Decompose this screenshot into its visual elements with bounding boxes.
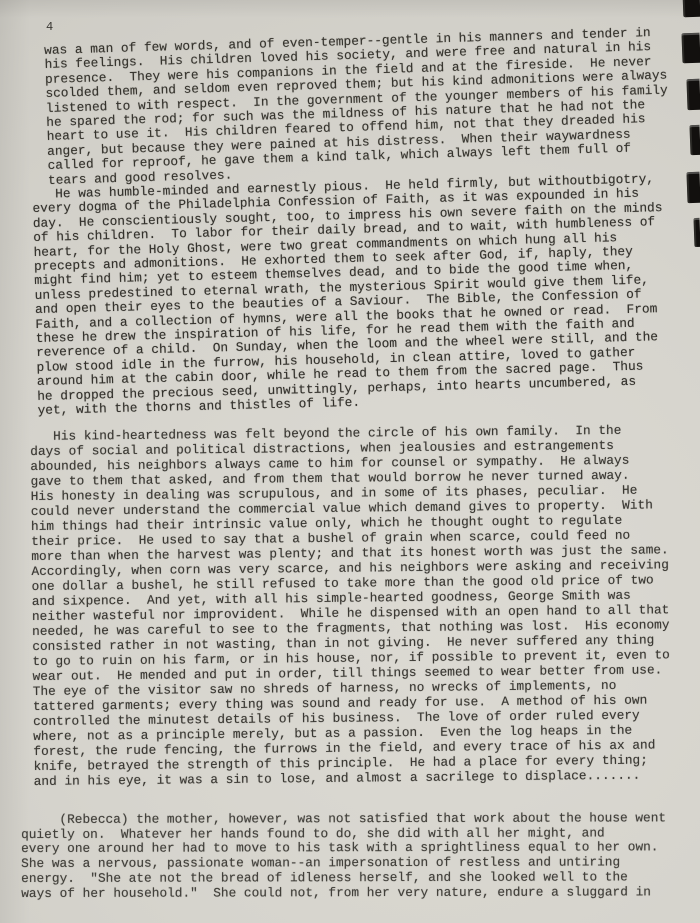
binding-mark-icon xyxy=(686,79,700,110)
binding-mark-icon xyxy=(683,0,700,17)
page-text-body: was a man of few words, and of even-temp… xyxy=(0,44,700,901)
paragraph-1: was a man of few words, and of even-temp… xyxy=(44,25,700,188)
scanned-document-page: 4 was a man of few words, and of even-te… xyxy=(0,0,700,923)
binding-mark-icon xyxy=(686,172,700,203)
paragraph-2: He was humble-minded and earnestly pious… xyxy=(32,171,700,418)
paragraph-3: His kind-heartedness was felt beyond the… xyxy=(30,422,700,789)
binding-mark-icon xyxy=(693,218,700,247)
page-number: 4 xyxy=(46,20,53,34)
binding-mark-icon xyxy=(689,125,700,155)
paragraph-4: (Rebecca) the mother, however, was not s… xyxy=(21,811,700,901)
binding-mark-icon xyxy=(681,33,700,64)
